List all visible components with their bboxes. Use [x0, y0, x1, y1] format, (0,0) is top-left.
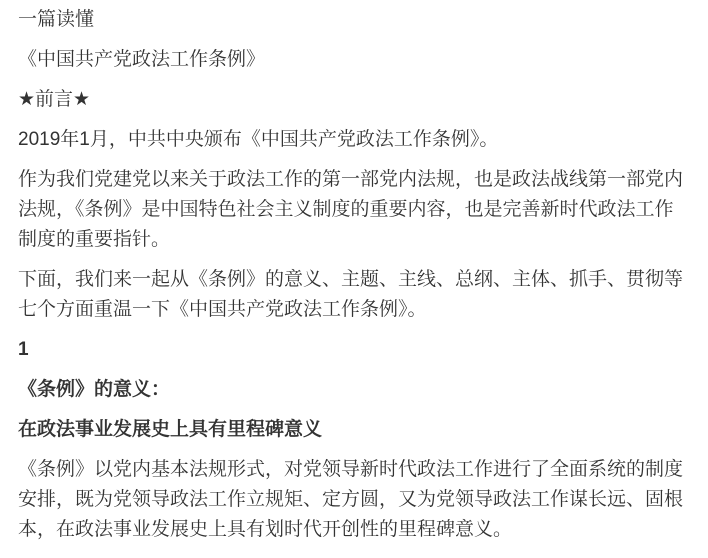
section-heading: 《条例》的意义：: [18, 375, 690, 405]
section-number: 1: [18, 335, 690, 365]
paragraph-background: 作为我们党建党以来关于政法工作的第一部党内法规，也是政法战线第一部党内法规，《条…: [18, 165, 690, 255]
intro-line: 一篇读懂: [18, 5, 690, 35]
preface-marker: ★前言★: [18, 85, 690, 115]
regulation-title: 《中国共产党政法工作条例》: [18, 45, 690, 75]
paragraph-overview: 下面，我们来一起从《条例》的意义、主题、主线、总纲、主体、抓手、贯彻等七个方面重…: [18, 265, 690, 325]
article-body: 一篇读懂 《中国共产党政法工作条例》 ★前言★ 2019年1月，中共中央颁布《中…: [0, 0, 708, 545]
section-subheading: 在政法事业发展史上具有里程碑意义: [18, 415, 690, 445]
paragraph-announcement: 2019年1月，中共中央颁布《中国共产党政法工作条例》。: [18, 125, 690, 155]
paragraph-significance: 《条例》以党内基本法规形式，对党领导新时代政法工作进行了全面系统的制度安排，既为…: [18, 455, 690, 545]
